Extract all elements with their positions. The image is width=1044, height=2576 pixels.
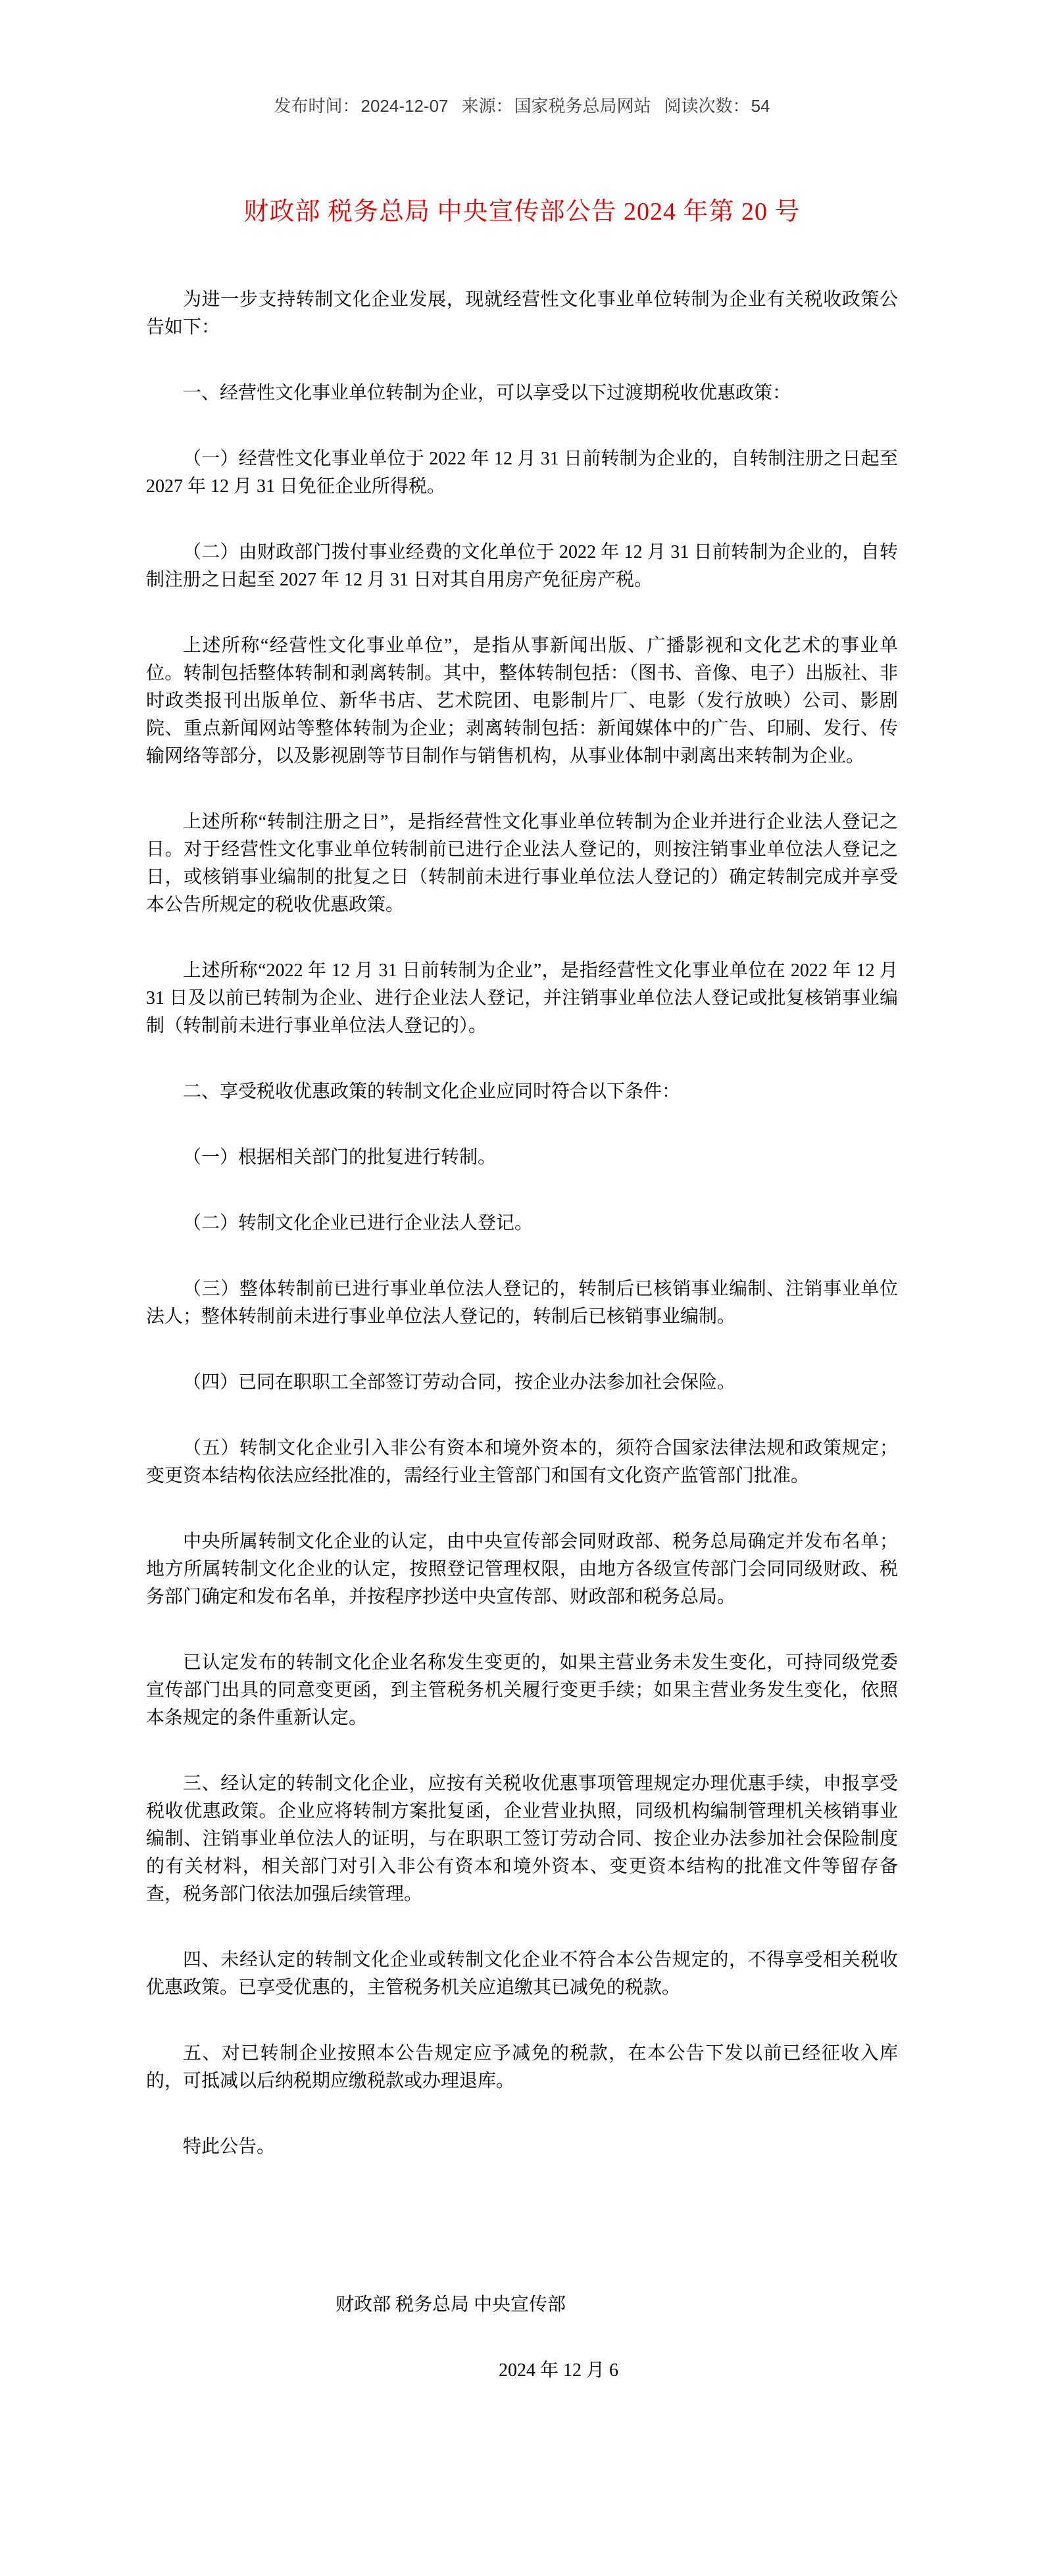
signature-agencies: 财政部 税务总局 中央宣传部 bbox=[146, 2291, 898, 2319]
body-paragraph: 上述所称“2022 年 12 月 31 日前转制为企业”，是指经营性文化事业单位… bbox=[146, 957, 898, 1040]
publish-time-label: 发布时间： bbox=[274, 96, 360, 116]
body-paragraph: 特此公告。 bbox=[146, 2133, 898, 2161]
body-paragraph: （二）转制文化企业已进行企业法人登记。 bbox=[146, 1210, 898, 1237]
page-title: 财政部 税务总局 中央宣传部公告 2024 年第 20 号 bbox=[0, 196, 1044, 228]
body-paragraph: 中央所属转制文化企业的认定，由中央宣传部会同财政部、税务总局确定并发布名单；地方… bbox=[146, 1528, 898, 1611]
publish-time-value: 2024-12-07 bbox=[361, 96, 449, 116]
body-paragraph: 三、经认定的转制文化企业，应按有关税收优惠事项管理规定办理优惠手续，申报享受税收… bbox=[146, 1770, 898, 1908]
views-label: 阅读次数： bbox=[664, 96, 750, 116]
body-paragraph: （五）转制文化企业引入非公有资本和境外资本的，须符合国家法律法规和政策规定；变更… bbox=[146, 1435, 898, 1490]
signature-date: 2024 年 12 月 6 bbox=[146, 2357, 898, 2385]
body-paragraph: 为进一步支持转制文化企业发展，现就经营性文化事业单位转制为企业有关税收政策公告如… bbox=[146, 286, 898, 341]
body-paragraph: 上述所称“转制注册之日”，是指经营性文化事业单位转制为企业并进行企业法人登记之日… bbox=[146, 808, 898, 919]
body-paragraph: 已认定发布的转制文化企业名称发生变更的，如果主营业务未发生变化，可持同级党委宣传… bbox=[146, 1649, 898, 1732]
body-paragraph: 二、享受税收优惠政策的转制文化企业应同时符合以下条件： bbox=[146, 1078, 898, 1106]
views-count: 54 bbox=[751, 96, 770, 116]
body-paragraph: （一）经营性文化事业单位于 2022 年 12 月 31 日前转制为企业的，自转… bbox=[146, 445, 898, 501]
views-group: 阅读次数：54 bbox=[664, 96, 770, 116]
source-value: 国家税务总局网站 bbox=[514, 96, 651, 116]
source-label: 来源： bbox=[462, 96, 513, 116]
publish-time-group: 发布时间：2024-12-07 bbox=[274, 96, 449, 116]
body-paragraph: 五、对已转制企业按照本公告规定应予减免的税款，在本公告下发以前已经征收入库的，可… bbox=[146, 2040, 898, 2095]
document-page: 发布时间：2024-12-07来源：国家税务总局网站阅读次数：54 财政部 税务… bbox=[0, 0, 1044, 2576]
body-paragraph: （四）已同在职职工全部签订劳动合同，按企业办法参加社会保险。 bbox=[146, 1369, 898, 1397]
body-paragraph: 一、经营性文化事业单位转制为企业，可以享受以下过渡期税收优惠政策： bbox=[146, 380, 898, 407]
body-paragraph: 四、未经认定的转制文化企业或转制文化企业不符合本公告规定的，不得享受相关税收优惠… bbox=[146, 1946, 898, 2002]
announcement-body: 为进一步支持转制文化企业发展，现就经营性文化事业单位转制为企业有关税收政策公告如… bbox=[0, 286, 1044, 2385]
body-paragraph: （一）根据相关部门的批复进行转制。 bbox=[146, 1144, 898, 1172]
body-paragraph: （二）由财政部门拨付事业经费的文化单位于 2022 年 12 月 31 日前转制… bbox=[146, 539, 898, 594]
article-meta-bar: 发布时间：2024-12-07来源：国家税务总局网站阅读次数：54 bbox=[0, 96, 1044, 116]
body-paragraph: （三）整体转制前已进行事业单位法人登记的，转制后已核销事业编制、注销事业单位法人… bbox=[146, 1276, 898, 1331]
body-paragraph: 上述所称“经营性文化事业单位”，是指从事新闻出版、广播影视和文化艺术的事业单位。… bbox=[146, 632, 898, 770]
source-group: 来源：国家税务总局网站 bbox=[462, 96, 651, 116]
